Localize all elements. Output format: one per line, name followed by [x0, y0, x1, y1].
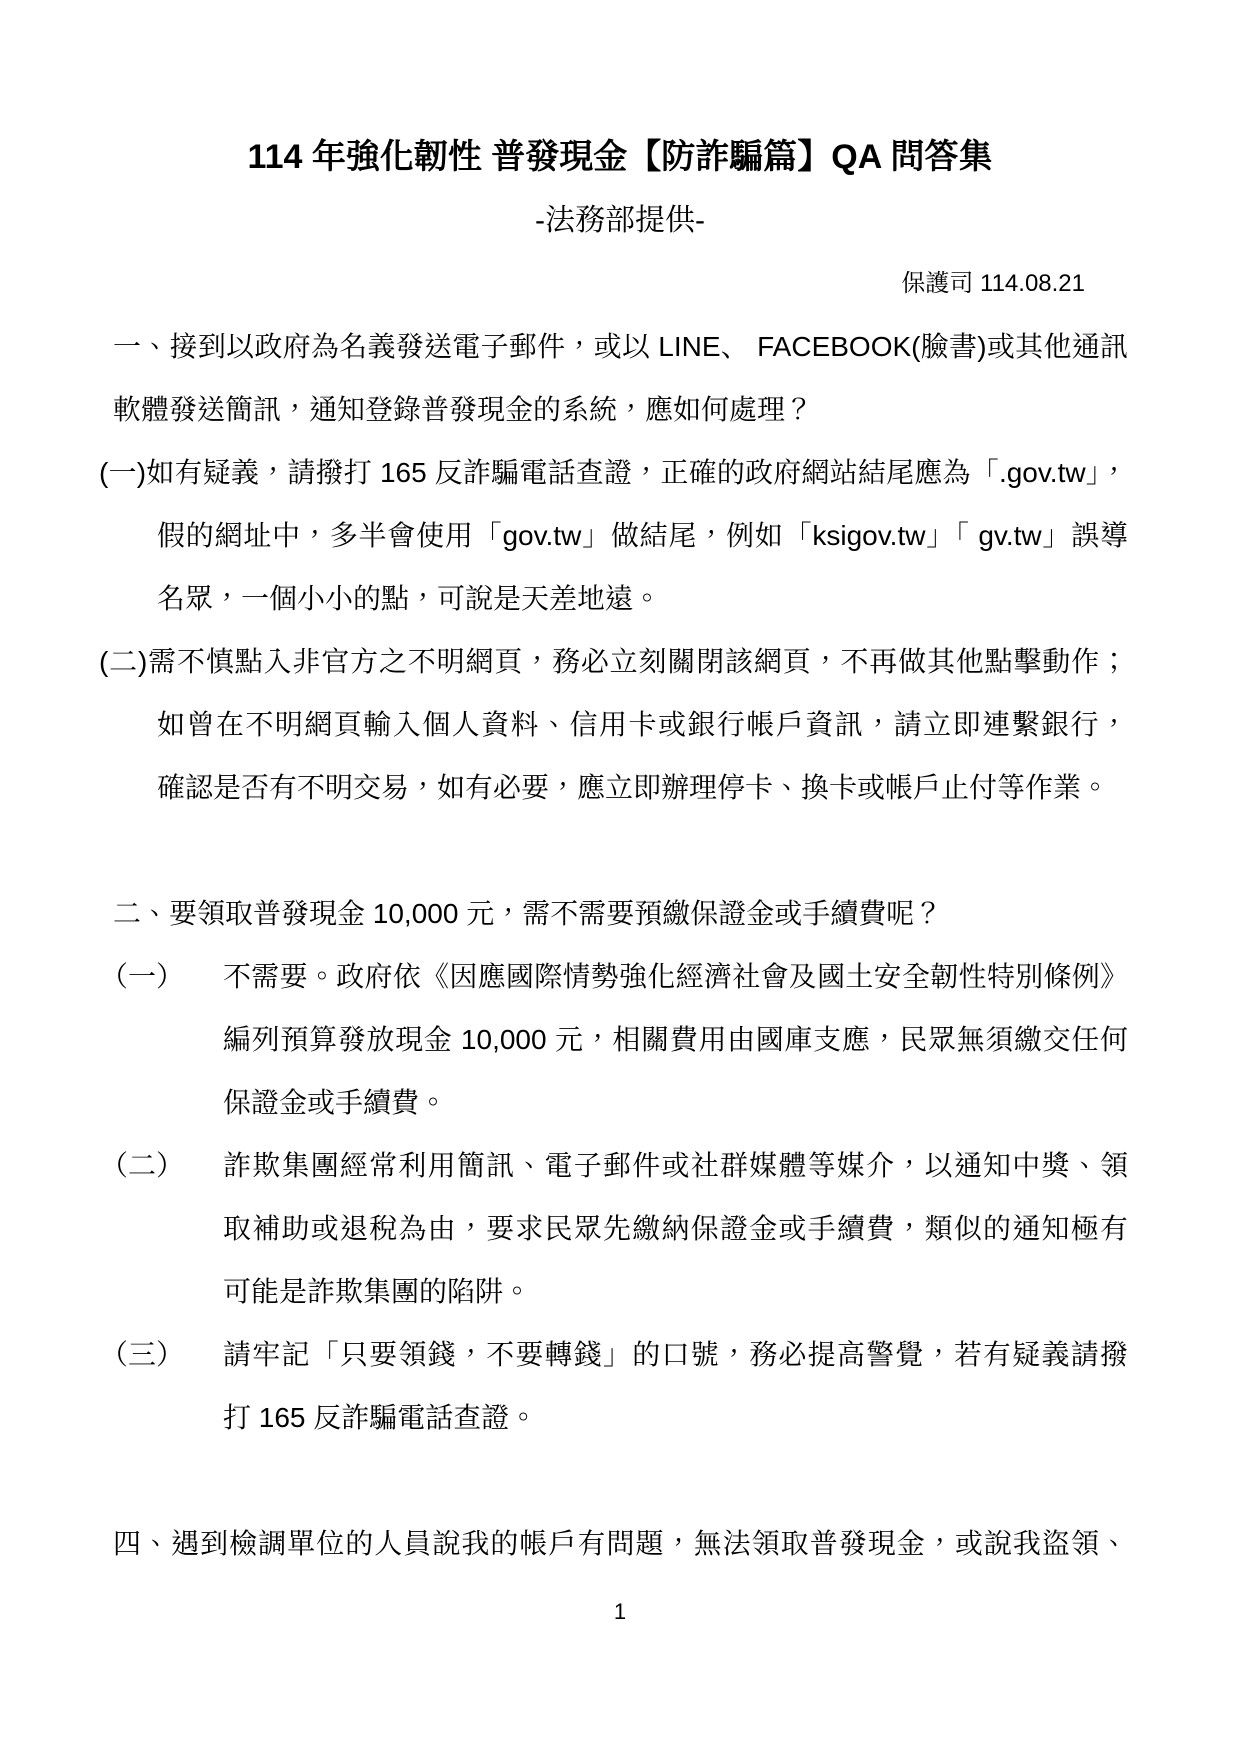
q2-item1-text: 不需要。政府依《因應國際情勢強化經濟社會及國土安全韌性特別條例》 — [223, 945, 1128, 1008]
q2-item1-line-3: 保證金或手續費。 — [223, 1071, 1128, 1134]
q1-heading-line-1: 一、接到以政府為名義發送電子郵件，或以 LINE、 FACEBOOK(臉書)或其… — [113, 315, 1128, 378]
page: { "doc": { "title": "114 年強化韌性 普發現金【防詐騙篇… — [0, 0, 1240, 1754]
q2-item2-text: 詐欺集團經常利用簡訊、電子郵件或社群媒體等媒介，以通知中獎、領 — [223, 1134, 1128, 1197]
q1-item2-line-3: 確認是否有不明交易，如有必要，應立即辦理停卡、換卡或帳戶止付等作業。 — [157, 756, 1128, 819]
q1-item1-line-3: 名眾，一個小小的點，可說是天差地遠。 — [157, 567, 1128, 630]
q2-item1-line-2: 編列預算發放現金 10,000 元，相關費用由國庫支應，民眾無須繳交任何 — [223, 1008, 1128, 1071]
q2-item2-line-1: （二） 詐欺集團經常利用簡訊、電子郵件或社群媒體等媒介，以通知中獎、領 — [100, 1134, 1128, 1197]
q1-item2-line-1: (二)需不慎點入非官方之不明網頁，務必立刻關閉該網頁，不再做其他點擊動作； — [99, 630, 1128, 693]
document-subtitle: -法務部提供- — [0, 189, 1240, 252]
q1-item2-line-2: 如曾在不明網頁輸入個人資料、信用卡或銀行帳戶資訊，請立即連繫銀行， — [157, 693, 1128, 756]
q2-item2-line-2: 取補助或退稅為由，要求民眾先繳納保證金或手續費，類似的通知極有 — [223, 1197, 1128, 1260]
document-page: 114 年強化韌性 普發現金【防詐騙篇】QA 問答集 -法務部提供- 保護司 1… — [0, 0, 1240, 1754]
q2-item2-label: （二） — [100, 1134, 223, 1197]
issuer-date: 保護司 114.08.21 — [0, 252, 1085, 315]
q2-item3-line-2: 打 165 反詐騙電話查證。 — [223, 1386, 1128, 1449]
q2-item1-label: （一） — [100, 945, 223, 1008]
q2-heading: 二、要領取普發現金 10,000 元，需不需要預繳保證金或手續費呢？ — [113, 882, 1128, 945]
q4-heading: 四、遇到檢調單位的人員說我的帳戶有問題，無法領取普發現金，或說我盜領、 — [113, 1512, 1128, 1575]
blank-line — [0, 1449, 1240, 1512]
q1-item1-line-1: (一)如有疑義，請撥打 165 反詐騙電話查證，正確的政府網站結尾應為「.gov… — [99, 441, 1128, 504]
q2-item3-line-1: （三） 請牢記「只要領錢，不要轉錢」的口號，務必提高警覺，若有疑義請撥 — [100, 1323, 1128, 1386]
q2-item3-text: 請牢記「只要領錢，不要轉錢」的口號，務必提高警覺，若有疑義請撥 — [223, 1323, 1128, 1386]
q2-item1-line-1: （一） 不需要。政府依《因應國際情勢強化經濟社會及國土安全韌性特別條例》 — [100, 945, 1128, 1008]
page-number: 1 — [0, 1580, 1240, 1643]
q2-item3-label: （三） — [100, 1323, 223, 1386]
blank-line — [0, 819, 1240, 882]
q2-item2-line-3: 可能是詐欺集團的陷阱。 — [223, 1260, 1128, 1323]
document-title: 114 年強化韌性 普發現金【防詐騙篇】QA 問答集 — [0, 126, 1240, 189]
q1-item1-line-2: 假的網址中，多半會使用「gov.tw」做結尾，例如「ksigov.tw」「 gv… — [157, 504, 1128, 567]
q1-heading-line-2: 軟體發送簡訊，通知登錄普發現金的系統，應如何處理？ — [113, 378, 1128, 441]
